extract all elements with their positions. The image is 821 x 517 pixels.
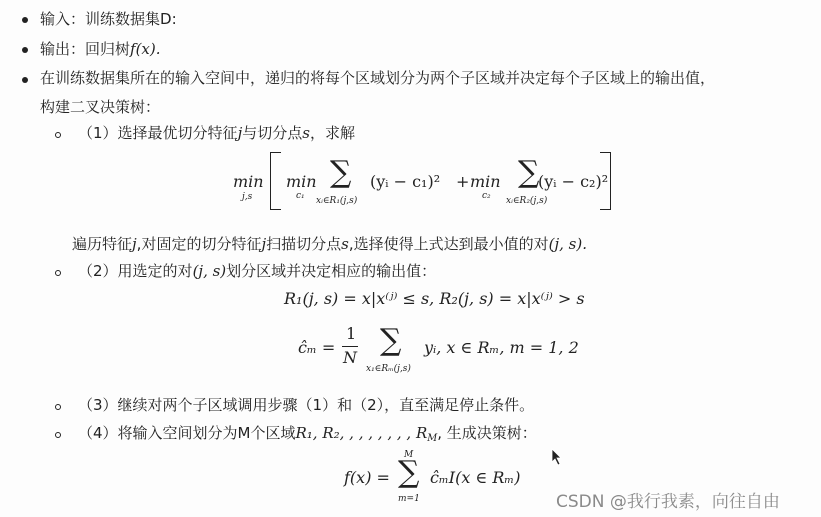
input-label: 输入：	[40, 10, 85, 28]
mouse-cursor-icon	[551, 448, 563, 466]
frac-den: N	[343, 348, 357, 367]
traverse-text: 遍历特征j,对固定的切分特征j扫描切分点s,选择使得上式达到最小值的对(j, s…	[72, 233, 587, 254]
sum-symbol: ∑	[398, 458, 419, 488]
step-3: （3）继续对两个子区域调用步骤（1）和（2），直至满足停止条件。	[78, 394, 534, 415]
sub-bullet	[55, 404, 61, 410]
pair-js: (j, s).	[549, 235, 587, 253]
var-s: s	[341, 235, 349, 253]
sum2-sub: xᵢ∈R₂(j,s)	[506, 196, 547, 206]
step-4: （4）将输入空间划分为M个区域R₁, R₂, , , , , , , , RM,…	[78, 422, 537, 444]
formula-cm-hat: ĉₘ = 1 N ∑ x₁∈Rₘ(j,s) yᵢ, x ∈ Rₘ, m = 1,…	[290, 322, 590, 380]
formula-regions: R₁(j, s) = x|x⁽ʲ⁾ ≤ s, R₂(j, s) = x|x⁽ʲ⁾…	[284, 289, 585, 308]
pair-js: (j, s)	[193, 262, 227, 280]
step-3-num: （3）	[78, 396, 118, 414]
frac-bar	[342, 346, 358, 347]
output-math: f(x).	[130, 40, 160, 58]
input-text: 训练数据集D:	[85, 10, 177, 28]
sub-bullet	[55, 270, 61, 276]
bullet-dot	[22, 17, 28, 23]
sum-sub: x₁∈Rₘ(j,s)	[366, 364, 411, 374]
sum-symbol: ∑	[518, 158, 539, 188]
step-4-text-b: , 生成决策树：	[437, 424, 537, 442]
sum-symbol: ∑	[380, 326, 401, 356]
left-bracket	[270, 152, 281, 210]
step-1-num: （1）	[78, 124, 118, 142]
step-2: （2）用选定的对(j, s)划分区域并决定相应的输出值：	[78, 260, 436, 281]
step-2-text: 用选定的对	[118, 262, 193, 280]
traverse-d: ,选择使得上式达到最小值的对	[349, 235, 549, 253]
regions-list: R₁, R₂, , , , , , , , R	[296, 424, 428, 442]
min-c2: min	[470, 172, 501, 191]
step-2-text-b: 划分区域并决定相应的输出值：	[226, 262, 436, 280]
frac-num: 1	[346, 324, 356, 343]
traverse-b: ,对固定的切分特征	[137, 235, 262, 253]
plus: +	[456, 172, 469, 191]
outer-min: min	[233, 172, 264, 191]
step-1-text-b: 与切分点	[242, 124, 302, 142]
sum1-sub: xᵢ∈R₁(j,s)	[316, 196, 357, 206]
traverse-a: 遍历特征	[72, 235, 132, 253]
output-label: 输出：	[40, 40, 85, 58]
bullet-dot	[22, 77, 28, 83]
bullet-dot	[22, 47, 28, 53]
sub-bullet	[55, 132, 61, 138]
min-c2-sub: c₂	[482, 191, 491, 201]
cm-lhs: ĉₘ =	[298, 338, 335, 357]
step-1-text: 选择最优切分特征	[118, 124, 238, 142]
f-rhs: ĉₘI(x ∈ Rₘ)	[430, 468, 520, 487]
step-1: （1）选择最优切分特征j与切分点s，求解	[78, 122, 355, 143]
step-4-num: （4）	[78, 424, 118, 442]
traverse-c: 扫描切分点	[266, 235, 341, 253]
step-2-num: （2）	[78, 262, 118, 280]
procedure-line-2: 构建二叉决策树：	[40, 96, 160, 117]
sub-bullet	[55, 432, 61, 438]
cm-rhs: yᵢ, x ∈ Rₘ, m = 1, 2	[424, 338, 579, 357]
right-bracket	[600, 152, 611, 210]
min-c1: min	[286, 172, 317, 191]
outer-min-sub: j,s	[242, 192, 252, 202]
sum-symbol: ∑	[330, 158, 351, 188]
watermark: CSDN @我行我素，向往自由	[556, 487, 780, 512]
term2: (yᵢ − c₂)²	[538, 172, 608, 191]
formula-decision-tree: f(x) = M ∑ m=1 ĉₘI(x ∈ Rₘ)	[340, 448, 540, 514]
step-1-text-c: ，求解	[310, 124, 355, 142]
step-4-text: 将输入空间划分为M个区域	[118, 424, 296, 442]
term1: (yᵢ − c₁)²	[370, 172, 440, 191]
sum-sub: m=1	[398, 494, 420, 504]
regions-sub: M	[427, 433, 437, 444]
step-3-text: 继续对两个子区域调用步骤（1）和（2），直至满足停止条件。	[118, 396, 535, 414]
output-line: 输出：回归树f(x).	[40, 38, 161, 59]
formula-min-objective: min j,s min c₁ ∑ xᵢ∈R₁(j,s) (yᵢ − c₁)² +…	[230, 148, 620, 218]
min-c1-sub: c₁	[296, 191, 305, 201]
f-lhs: f(x) =	[344, 468, 390, 487]
input-line: 输入：训练数据集D:	[40, 8, 177, 29]
output-text: 回归树	[85, 40, 130, 58]
procedure-line-1: 在训练数据集所在的输入空间中，递归的将每个区域划分为两个子区域并决定每个子区域上…	[40, 67, 715, 88]
var-s: s	[302, 124, 310, 142]
